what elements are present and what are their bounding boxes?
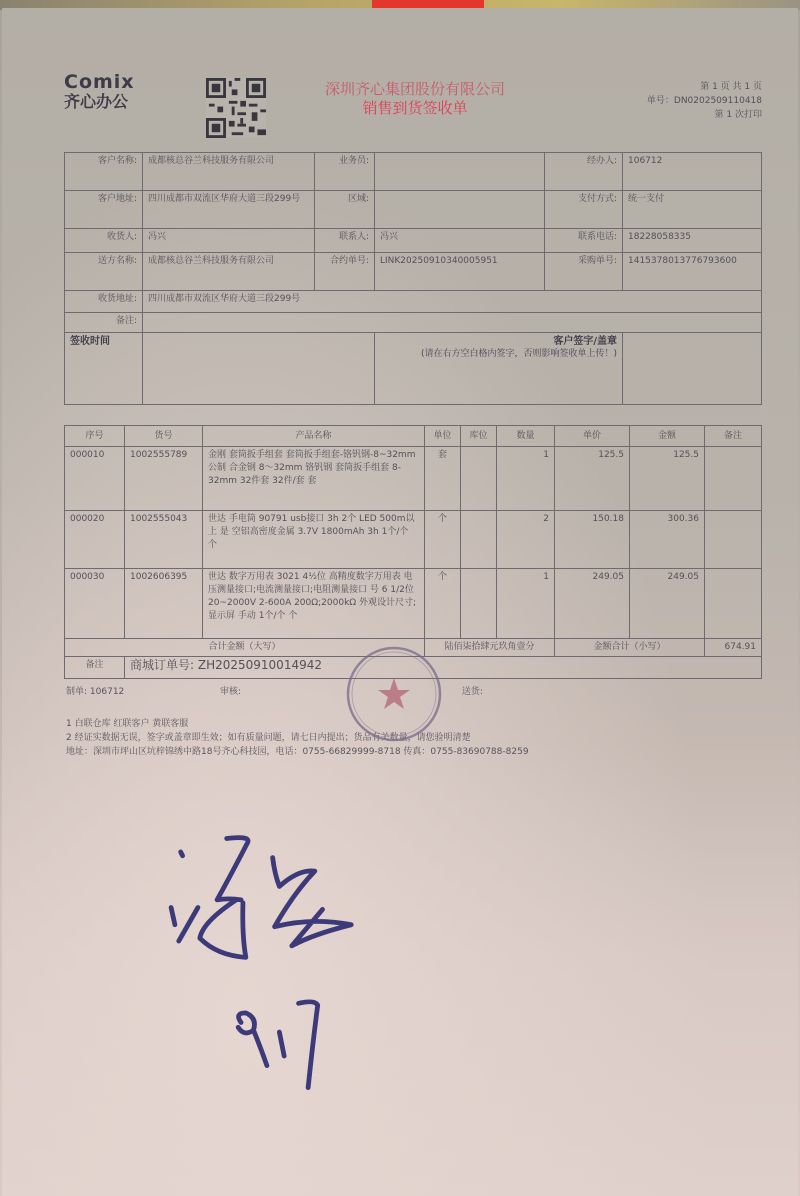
ship-to: 成都核总谷兰科技服务有限公司 [143, 253, 315, 291]
column-header: 序号 [65, 426, 125, 447]
cell-unit: 个 [425, 569, 461, 639]
print-count: 第 1 次打印 [647, 108, 762, 122]
sign-time-label: 签收时间 [65, 333, 143, 405]
cell-qty: 1 [497, 569, 555, 639]
purchase-number: 1415378013776793600 [623, 253, 762, 291]
region [375, 191, 545, 229]
cell-loc [461, 447, 497, 511]
cell-amount: 249.05 [630, 569, 705, 639]
sign-time-field [143, 333, 375, 405]
logo-en: Comix [64, 72, 135, 92]
cell-amount: 300.36 [630, 511, 705, 569]
column-header: 库位 [461, 426, 497, 447]
maker: 106712 [90, 687, 124, 697]
cell-price: 249.05 [555, 569, 630, 639]
reviewer-label: 审核: [220, 687, 241, 697]
customer-signature-field [623, 333, 762, 405]
payment-method: 统一支付 [623, 191, 762, 229]
column-header: 单位 [425, 426, 461, 447]
column-header: 产品名称 [203, 426, 425, 447]
remark-label: 备注: [65, 313, 143, 333]
cell-qty: 1 [497, 447, 555, 511]
product-table-header: 序号货号产品名称单位库位数量单价金额备注 [65, 426, 762, 447]
table-row: 0000301002606395世达 数字万用表 3021 4½位 高精度数字万… [65, 569, 762, 639]
cell-note [705, 569, 762, 639]
document-number: 单号：DN0202509110418 [647, 94, 762, 108]
shipper-label: 送货: [462, 687, 483, 697]
comix-logo: Comix 齐心办公 [64, 72, 135, 112]
cell-unit: 套 [425, 447, 461, 511]
customer-name: 成都核总谷兰科技服务有限公司 [143, 153, 315, 191]
column-header: 数量 [497, 426, 555, 447]
table-row: 0000101002555789金刚 套筒扳手组套 套筒扳手组套-铬钒钢-8~3… [65, 447, 762, 511]
company-name: 深圳齐心集团股份有限公司 [300, 80, 530, 99]
customer-sign-label: 客户签字/盖章 [380, 335, 617, 348]
order-remark-label: 备注 [65, 657, 125, 679]
total-lower: 674.91 [705, 639, 762, 657]
cell-note [705, 511, 762, 569]
maker-label: 制单: [66, 687, 87, 697]
sign-note: (请在右方空白格内签字，否则影响签收单上传！) [380, 348, 617, 361]
contact: 冯兴 [375, 229, 545, 253]
column-header: 金额 [630, 426, 705, 447]
cell-sku: 1002555043 [125, 511, 203, 569]
product-table: 序号货号产品名称单位库位数量单价金额备注 0000101002555789金刚 … [64, 425, 762, 679]
handler: 106712 [623, 153, 762, 191]
purchase-label: 采购单号: [545, 253, 623, 291]
remark [143, 313, 762, 333]
column-header: 单价 [555, 426, 630, 447]
delivery-address-label: 收货地址: [65, 291, 143, 313]
delivery-address: 四川成都市双流区华府大道三段299号 [143, 291, 762, 313]
company-header: 深圳齐心集团股份有限公司 销售到货签收单 [300, 80, 530, 118]
table-row: 0000201002555043世达 手电筒 90791 usb接口 3h 2个… [65, 511, 762, 569]
company-seal-icon [344, 644, 444, 744]
cell-name: 世达 数字万用表 3021 4½位 高精度数字万用表 电压测量接口;电流测量接口… [203, 569, 425, 639]
customer-address: 四川成都市双流区华府大道三段299号 [143, 191, 315, 229]
cell-loc [461, 569, 497, 639]
phone-label: 联系电话: [545, 229, 623, 253]
total-upper: 陆佰柒拾肆元玖角壹分 [425, 639, 555, 657]
handwritten-signature-icon [150, 825, 380, 1105]
cell-name: 金刚 套筒扳手组套 套筒扳手组套-铬钒钢-8~32mm 公制 合金钢 8～32m… [203, 447, 425, 511]
cell-note [705, 447, 762, 511]
contact-label: 联系人: [315, 229, 375, 253]
column-header: 备注 [705, 426, 762, 447]
cell-sku: 1002555789 [125, 447, 203, 511]
receiver-label: 收货人: [65, 229, 143, 253]
cell-seq: 000010 [65, 447, 125, 511]
phone: 18228058335 [623, 229, 762, 253]
footer-line-1: 1 白联仓库 红联客户 黄联客服 [66, 716, 188, 729]
cell-seq: 000030 [65, 569, 125, 639]
cell-loc [461, 511, 497, 569]
customer-address-label: 客户地址: [65, 191, 143, 229]
page-info: 第 1 页 共 1 页 [647, 80, 762, 94]
customer-sign-block: 客户签字/盖章 (请在右方空白格内签字，否则影响签收单上传！) [375, 333, 623, 405]
qr-code-icon [206, 78, 266, 138]
cell-qty: 2 [497, 511, 555, 569]
footer-line-3: 地址：深圳市坪山区坑梓锦绣中路18号齐心科技园，电话：0755-66829999… [66, 744, 529, 757]
total-lower-label: 金额合计（小写） [555, 639, 705, 657]
document-title: 销售到货签收单 [300, 99, 530, 118]
salesperson-label: 业务员: [315, 153, 375, 191]
column-header: 货号 [125, 426, 203, 447]
cell-unit: 个 [425, 511, 461, 569]
cell-amount: 125.5 [630, 447, 705, 511]
contract-label: 合约单号: [315, 253, 375, 291]
cell-seq: 000020 [65, 511, 125, 569]
ship-to-label: 送方名称: [65, 253, 143, 291]
receiver: 冯兴 [143, 229, 315, 253]
cell-sku: 1002606395 [125, 569, 203, 639]
cell-price: 150.18 [555, 511, 630, 569]
contract-number: LINK20250910340005951 [375, 253, 545, 291]
cell-name: 世达 手电筒 90791 usb接口 3h 2个 LED 500m以上 是 空铝… [203, 511, 425, 569]
payment-label: 支付方式: [545, 191, 623, 229]
logo-cn: 齐心办公 [64, 92, 135, 112]
document-meta: 第 1 页 共 1 页 单号：DN0202509110418 第 1 次打印 [647, 80, 762, 122]
customer-info-table: 客户名称: 成都核总谷兰科技服务有限公司 业务员: 经办人: 106712 客户… [64, 152, 762, 405]
salesperson [375, 153, 545, 191]
region-label: 区域: [315, 191, 375, 229]
customer-name-label: 客户名称: [65, 153, 143, 191]
cell-price: 125.5 [555, 447, 630, 511]
handler-label: 经办人: [545, 153, 623, 191]
